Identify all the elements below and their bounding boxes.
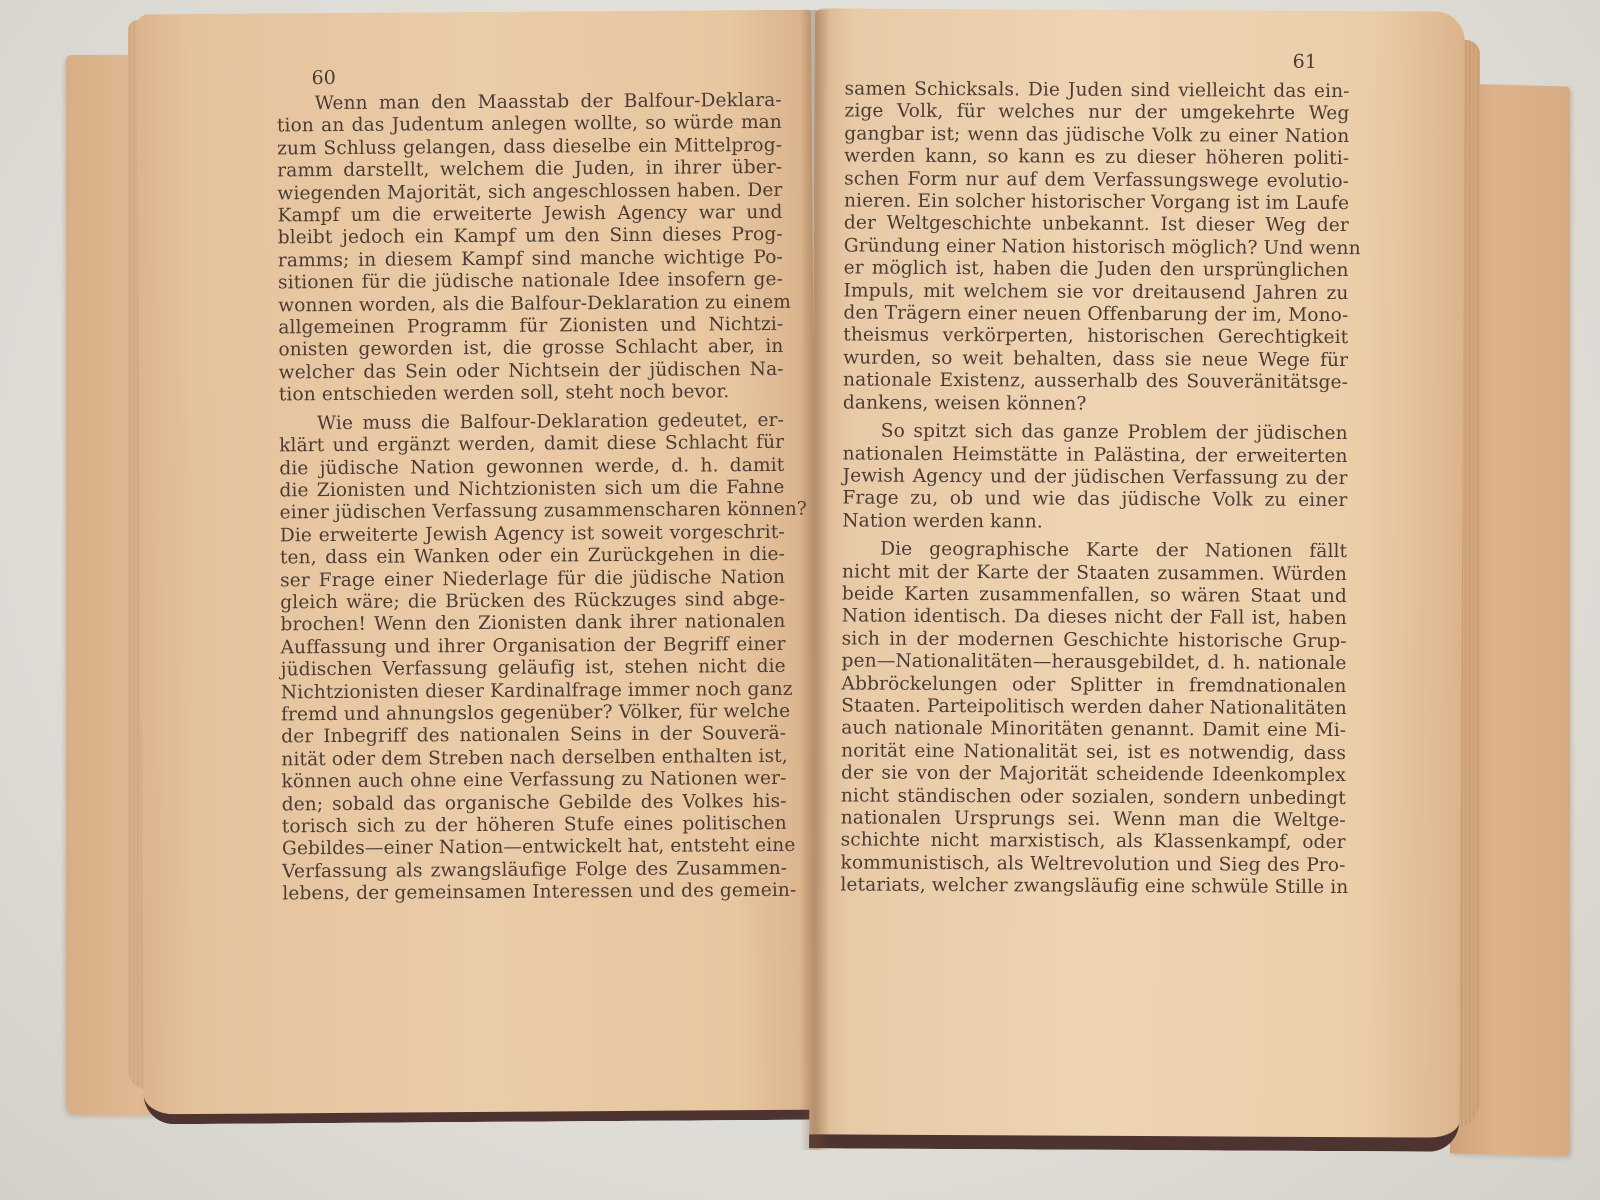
text-line: schichte nicht marxistisch, als Klassenk… [841,830,1346,855]
paragraph: Wenn man den Maasstab der Balfour-Deklar… [277,90,784,407]
text-line: Nation identisch. Da dieses nicht der Fa… [842,606,1347,631]
text-line: zige Volk, für welches nur der umgekehrt… [844,101,1349,126]
book-photo: 60 Wenn man den Maasstab der Balfour-Dek… [0,0,1600,1200]
text-line: dankens, weisen können? [843,392,1348,417]
text-line: Jewish Agency und der jüdischen Verfassu… [842,465,1347,490]
text-line: der Weltgeschichte unbekannt. Ist dieser… [844,213,1349,238]
text-line: Nation werden kann. [842,510,1347,535]
text-line: Abbröckelungen oder Splitter in fremdnat… [841,673,1346,698]
text-line: schen Form nur auf dem Verfassungswege e… [844,168,1349,193]
text-line: beide Karten zusammenfallen, so wären St… [842,583,1347,608]
text-line: theismus verkörperten, historischen Gere… [843,325,1348,350]
text-line: nationalen Heimstätte in Palästina, der … [843,443,1348,468]
text-line: pen—Nationalitäten—herausgebildet, d. h.… [842,651,1347,676]
text-line: nicht mit der Karte der Staaten zusammen… [842,561,1347,586]
text-line: der sie von der Majorität scheidende Ide… [841,763,1346,788]
text-line: wurden, so weit behalten, dass sie neue … [843,347,1348,372]
text-line: nationalen Ursprungs sei. Wenn man die W… [841,807,1346,832]
text-line: können auch ohne eine Verfassung zu Nati… [281,768,786,794]
text-line: den Trägern einer neuen Offenbarung der … [843,303,1348,328]
text-line: nieren. Ein solcher historischer Vorgang… [844,190,1349,215]
paragraph: So spitzt sich das ganze Problem der jüd… [842,421,1348,536]
text-line: sitionen für die jüdische nationale Idee… [278,269,783,295]
left-page-text: Wenn man den Maasstab der Balfour-Deklar… [277,90,788,912]
text-line: auch nationale Minoritäten genannt. Dami… [841,718,1346,743]
text-line: gangbar ist; wenn das jüdische Volk zu e… [844,123,1349,148]
text-line: Impuls, mit welchem sie vor dreitausend … [843,280,1348,305]
text-line: Staaten. Parteipolitisch werden daher Na… [841,695,1346,720]
text-line: letariats, welcher zwangsläufig eine sch… [840,875,1345,900]
text-line: ramm darstellt, welchem die Juden, in ih… [277,157,782,183]
text-line: Gebildes—einer Nation—entwickelt hat, en… [282,835,787,861]
text-line: sich in der modernen Geschichte historis… [842,628,1347,653]
text-line: nicht ständischen oder sozialen, sondern… [841,785,1346,810]
text-line: der Inbegriff des nationalen Seins in de… [281,723,786,749]
text-line: brochen! Wenn den Zionisten dank ihrer n… [280,611,785,637]
page-number-right: 61 [1293,51,1317,73]
text-line: tion entschieden werden soll, steht noch… [279,381,784,407]
text-line: ten, dass ein Wanken oder ein Zurückgehe… [280,544,785,570]
text-line: Die geographische Karte der Nationen fäl… [842,539,1347,564]
text-line: lebens, der gemeinsamen Interessen und d… [282,880,787,906]
text-line: einer jüdischen Verfassung zusammenschar… [280,499,785,525]
text-line: jüdischen Verfassung geläufig ist, stehe… [281,656,786,682]
text-line: klärt und ergänzt werden, damit diese Sc… [279,432,784,458]
text-line: samen Schicksals. Die Juden sind viellei… [845,78,1350,103]
page-number-left: 60 [312,67,336,89]
text-line: werden kann, so kann es zu dieser höhere… [844,146,1349,171]
right-page-text: samen Schicksals. Die Juden sind viellei… [840,78,1349,905]
text-line: tion an das Judentum anlegen wollte, so … [277,112,782,138]
paragraph: Die geographische Karte der Nationen fäl… [840,539,1347,900]
text-line: Gründung einer Nation historisch möglich… [844,235,1349,260]
text-line: So spitzt sich das ganze Problem der jüd… [843,421,1348,446]
text-line: er möglich ist, haben die Juden den ursp… [844,258,1349,283]
text-line: kommunistisch, als Weltrevolution und Si… [840,852,1345,877]
text-line: onisten geworden ist, die grosse Schlach… [278,336,783,362]
text-line: norität eine Nationalität sei, ist es no… [841,740,1346,765]
left-page: 60 Wenn man den Maasstab der Balfour-Dek… [136,10,819,1125]
text-line: Frage zu, ob und wie das jüdische Volk z… [842,488,1347,513]
paragraph: samen Schicksals. Die Juden sind viellei… [843,78,1350,417]
paragraph: Wie muss die Balfour-Deklaration gedeute… [279,410,787,906]
text-line: nationale Existenz, ausserhalb des Souve… [843,370,1348,395]
right-page: 61 samen Schicksals. Die Juden sind viel… [809,8,1465,1151]
text-line: bleibt jedoch ein Kampf um den Sinn dies… [278,224,783,250]
